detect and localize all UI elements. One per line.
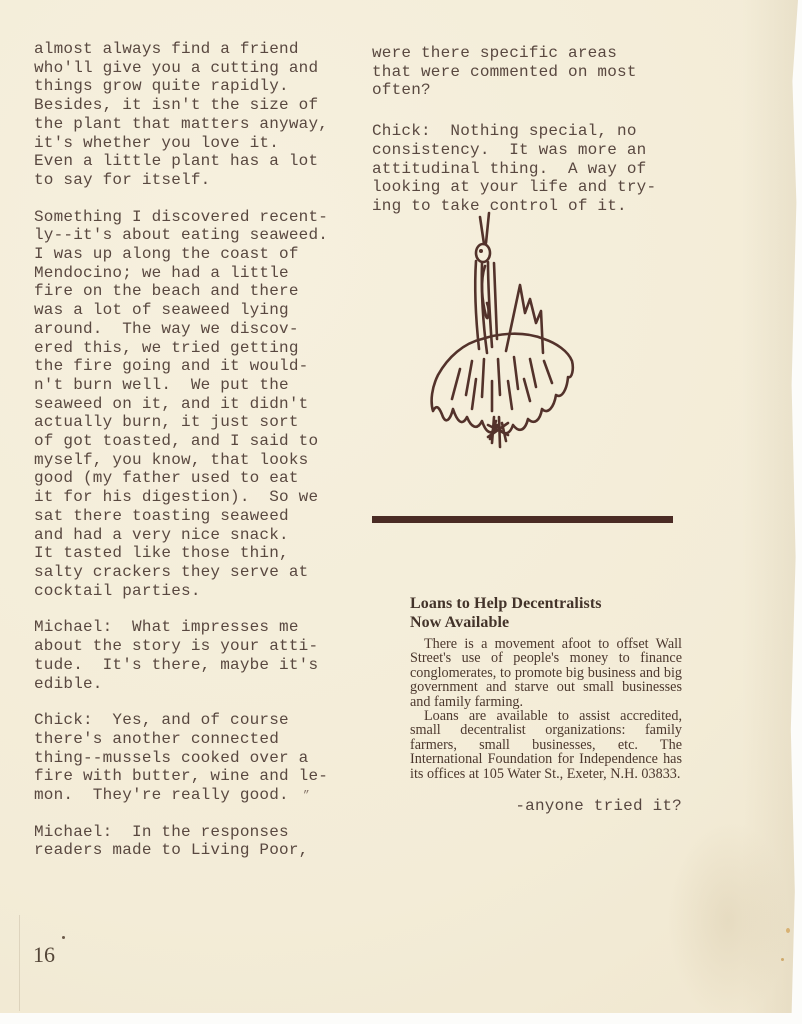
section-divider-rule	[372, 516, 673, 523]
paper-speck	[781, 958, 784, 961]
paper-speck	[62, 936, 65, 939]
loans-body-paragraph: Loans are available to assist accredited…	[410, 709, 682, 781]
paragraph: Chick: Nothing special, no consistency. …	[372, 122, 656, 216]
right-text-column: were there specific areas that were comm…	[372, 44, 656, 234]
stray-ink-mark: ”	[303, 790, 310, 802]
left-text-column: almost always find a friend who'll give …	[34, 40, 328, 878]
paragraph: almost always find a friend who'll give …	[34, 40, 328, 190]
paper-crease	[19, 915, 20, 1011]
scan-shadow	[668, 820, 788, 1020]
paragraph: Something I discovered recent- ly--it's …	[34, 208, 328, 601]
loans-article-body: There is a movement afoot to offset Wall…	[410, 637, 682, 781]
scanned-page: almost always find a friend who'll give …	[0, 0, 802, 1024]
paragraph: Chick: Yes, and of course there's anothe…	[34, 711, 328, 805]
paragraph: Michael: What impresses me about the sto…	[34, 618, 328, 693]
loans-article-heading: Loans to Help Decentralists Now Availabl…	[410, 595, 682, 632]
page-number: 16	[33, 942, 55, 968]
paper-sheet: almost always find a friend who'll give …	[0, 0, 798, 1013]
loans-body-paragraph: There is a movement afoot to offset Wall…	[410, 637, 682, 709]
hanging-plant-illustration	[424, 211, 586, 461]
paper-speck	[786, 928, 790, 933]
paragraph: Michael: In the responses readers made t…	[34, 823, 328, 860]
loans-closing-note: -anyone tried it?	[410, 797, 682, 815]
paragraph: were there specific areas that were comm…	[372, 44, 656, 100]
loans-article: Loans to Help Decentralists Now Availabl…	[410, 595, 682, 781]
